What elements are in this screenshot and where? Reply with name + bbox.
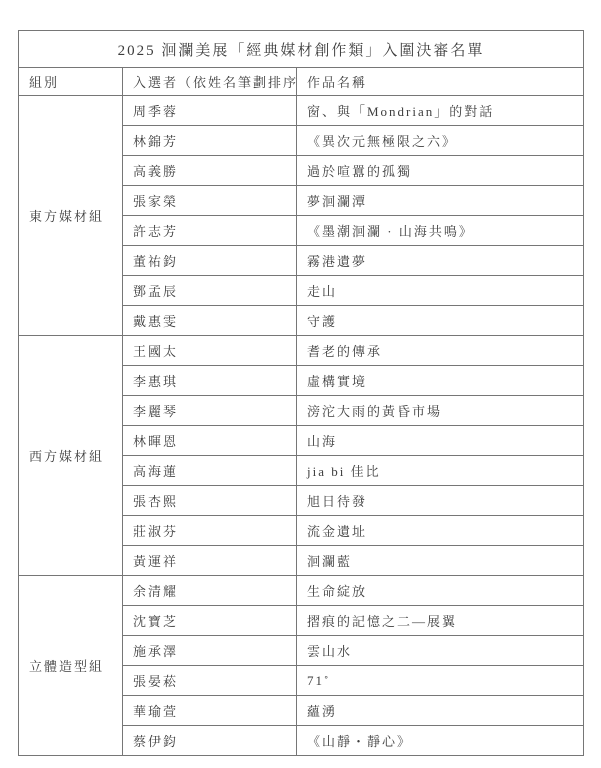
name-cell: 李麗琴 — [123, 396, 297, 426]
name-cell: 戴惠雯 — [123, 306, 297, 336]
name-cell: 張家榮 — [123, 186, 297, 216]
table-row: 立體造型組 余清耀 生命綻放 — [19, 576, 584, 606]
work-cell: 守護 — [297, 306, 584, 336]
name-cell: 余清耀 — [123, 576, 297, 606]
column-header-group: 組別 — [19, 68, 123, 96]
work-cell: 走山 — [297, 276, 584, 306]
work-cell: 《山靜・靜心》 — [297, 726, 584, 756]
document-title: 2025 洄瀾美展「經典媒材創作類」入圍決審名單 — [19, 31, 584, 68]
work-cell: jia bi 佳比 — [297, 456, 584, 486]
work-cell: 流金遺址 — [297, 516, 584, 546]
work-cell: 滂沱大雨的黃昏市場 — [297, 396, 584, 426]
name-cell: 黃運祥 — [123, 546, 297, 576]
work-cell: 夢洄瀾潭 — [297, 186, 584, 216]
name-cell: 莊淑芬 — [123, 516, 297, 546]
name-cell: 張杏熙 — [123, 486, 297, 516]
work-cell: 71˚ — [297, 666, 584, 696]
work-cell: 虛構實境 — [297, 366, 584, 396]
name-cell: 林暉恩 — [123, 426, 297, 456]
name-cell: 王國太 — [123, 336, 297, 366]
name-cell: 董祐鈞 — [123, 246, 297, 276]
work-cell: 摺痕的記憶之二—展翼 — [297, 606, 584, 636]
name-cell: 張晏菘 — [123, 666, 297, 696]
table-row: 2025 洄瀾美展「經典媒材創作類」入圍決審名單 — [19, 31, 584, 68]
work-cell: 山海 — [297, 426, 584, 456]
group-label-western: 西方媒材組 — [19, 336, 123, 576]
work-cell: 生命綻放 — [297, 576, 584, 606]
name-cell: 周季蓉 — [123, 96, 297, 126]
work-cell: 《異次元無極限之六》 — [297, 126, 584, 156]
group-label-eastern: 東方媒材組 — [19, 96, 123, 336]
work-cell: 霧港遺夢 — [297, 246, 584, 276]
name-cell: 許志芳 — [123, 216, 297, 246]
name-cell: 鄧孟辰 — [123, 276, 297, 306]
work-cell: 過於喧囂的孤獨 — [297, 156, 584, 186]
name-cell: 沈寶芝 — [123, 606, 297, 636]
name-cell: 蔡伊鈞 — [123, 726, 297, 756]
name-cell: 華瑜萱 — [123, 696, 297, 726]
work-cell: 蘊湧 — [297, 696, 584, 726]
work-cell: 洄瀾藍 — [297, 546, 584, 576]
name-cell: 林錦芳 — [123, 126, 297, 156]
table-row: 東方媒材組 周季蓉 窗、與「Mondrian」的對話 — [19, 96, 584, 126]
table-row: 組別 入選者（依姓名筆劃排序） 作品名稱 — [19, 68, 584, 96]
work-cell: 雲山水 — [297, 636, 584, 666]
name-cell: 李惠琪 — [123, 366, 297, 396]
finalist-table: 2025 洄瀾美展「經典媒材創作類」入圍決審名單 組別 入選者（依姓名筆劃排序）… — [18, 30, 584, 756]
work-cell: 窗、與「Mondrian」的對話 — [297, 96, 584, 126]
work-cell: 《墨潮洄瀾 · 山海共鳴》 — [297, 216, 584, 246]
column-header-work: 作品名稱 — [297, 68, 584, 96]
group-label-sculpture: 立體造型組 — [19, 576, 123, 756]
work-cell: 旭日待發 — [297, 486, 584, 516]
name-cell: 高海蓮 — [123, 456, 297, 486]
name-cell: 施承澤 — [123, 636, 297, 666]
table-row: 西方媒材組 王國太 耆老的傳承 — [19, 336, 584, 366]
name-cell: 高義勝 — [123, 156, 297, 186]
column-header-selectee: 入選者（依姓名筆劃排序） — [123, 68, 297, 96]
work-cell: 耆老的傳承 — [297, 336, 584, 366]
